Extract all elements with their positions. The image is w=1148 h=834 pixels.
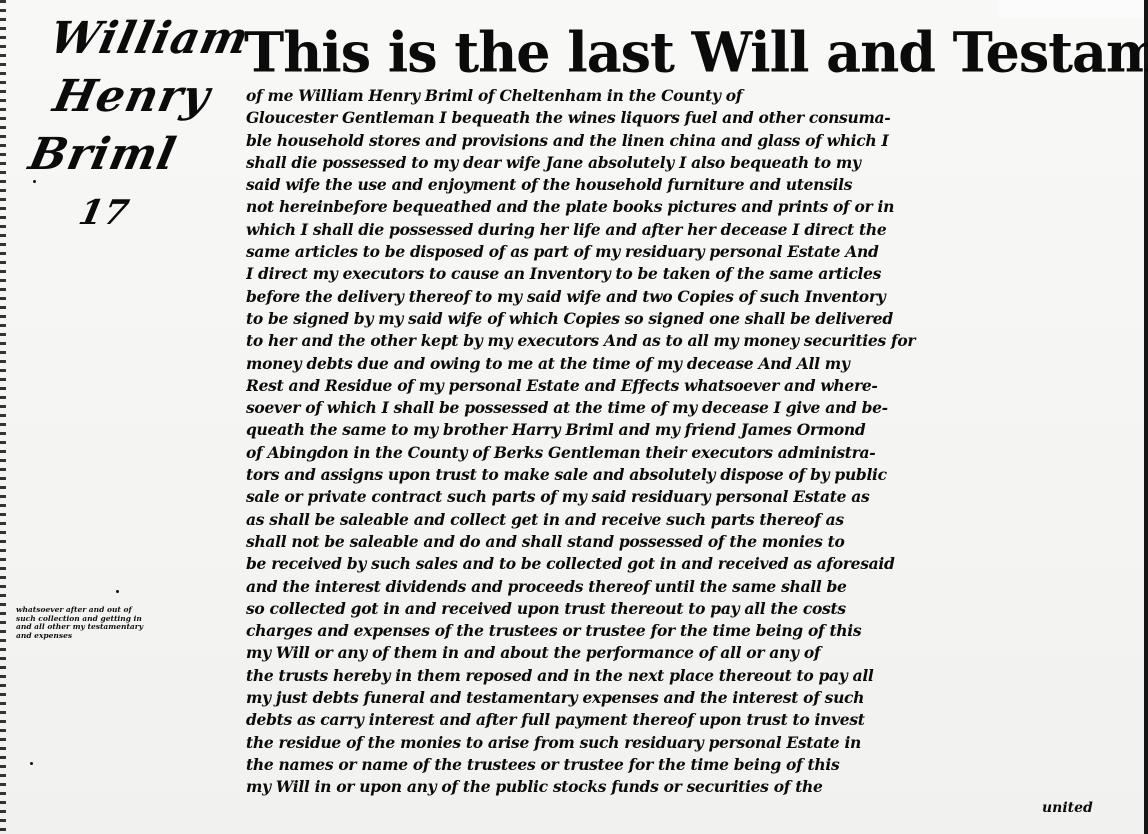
body-line: soever of which I shall be possessed at …: [246, 397, 1141, 419]
body-line: to her and the other kept by my executor…: [246, 330, 1141, 352]
body-line: same articles to be disposed of as part …: [246, 241, 1141, 263]
body-line: the residue of the monies to arise from …: [246, 732, 1141, 754]
body-line: I direct my executors to cause an Invent…: [246, 263, 1141, 285]
scan-left-edge: [0, 0, 6, 834]
body-line: the trusts hereby in them reposed and in…: [246, 665, 1141, 687]
body-line: said wife the use and enjoyment of the h…: [246, 174, 1141, 196]
testator-margin-name: William Henry Briml 17: [3, 10, 252, 242]
body-line: tors and assigns upon trust to make sale…: [246, 464, 1141, 486]
body-line: ble household stores and provisions and …: [246, 130, 1141, 152]
body-line: before the delivery thereof to my said w…: [246, 286, 1141, 308]
body-line: not hereinbefore bequeathed and the plat…: [246, 196, 1141, 218]
body-line: money debts due and owing to me at the t…: [246, 353, 1141, 375]
body-line: debts as carry interest and after full p…: [246, 709, 1141, 731]
body-line: which I shall die possessed during her l…: [246, 219, 1141, 241]
will-page: William Henry Briml 17 This is the last …: [0, 0, 1148, 834]
body-line: charges and expenses of the trustees or …: [246, 620, 1141, 642]
will-body: of me William Henry Briml of Cheltenham …: [246, 85, 1141, 799]
body-line: shall die possessed to my dear wife Jane…: [246, 152, 1141, 174]
body-line: my Will or any of them in and about the …: [246, 642, 1141, 664]
body-line: of Abingdon in the County of Berks Gentl…: [246, 442, 1141, 464]
body-line: my just debts funeral and testamentary e…: [246, 687, 1141, 709]
scan-border: [998, 0, 1148, 18]
annotation-line: and expenses: [16, 632, 246, 641]
body-line: queath the same to my brother Harry Brim…: [246, 419, 1141, 441]
body-line: and the interest dividends and proceeds …: [246, 576, 1141, 598]
margin-number: 17: [3, 184, 215, 242]
body-line: of me William Henry Briml of Cheltenham …: [246, 85, 1141, 107]
body-line: be received by such sales and to be coll…: [246, 553, 1141, 575]
margin-annotation: whatsoever after and out of such collect…: [16, 606, 246, 640]
body-line: Rest and Residue of my personal Estate a…: [246, 375, 1141, 397]
will-title: This is the last Will and Testament: [244, 22, 1148, 84]
ink-speck: [33, 180, 36, 183]
margin-first-name: William: [40, 10, 252, 68]
ink-speck: [116, 590, 119, 593]
body-line: so collected got in and received upon tr…: [246, 598, 1141, 620]
margin-last-name: Briml: [16, 126, 228, 184]
catchword: united: [1042, 800, 1093, 816]
margin-middle-name: Henry: [28, 68, 240, 126]
body-line: shall not be saleable and do and shall s…: [246, 531, 1141, 553]
ink-speck: [30, 762, 33, 765]
body-line: sale or private contract such parts of m…: [246, 486, 1141, 508]
body-line: Gloucester Gentleman I bequeath the wine…: [246, 107, 1141, 129]
scan-right-edge: [1144, 0, 1148, 834]
body-line: my Will in or upon any of the public sto…: [246, 776, 1141, 798]
body-line: as shall be saleable and collect get in …: [246, 509, 1141, 531]
body-line: to be signed by my said wife of which Co…: [246, 308, 1141, 330]
body-line: the names or name of the trustees or tru…: [246, 754, 1141, 776]
